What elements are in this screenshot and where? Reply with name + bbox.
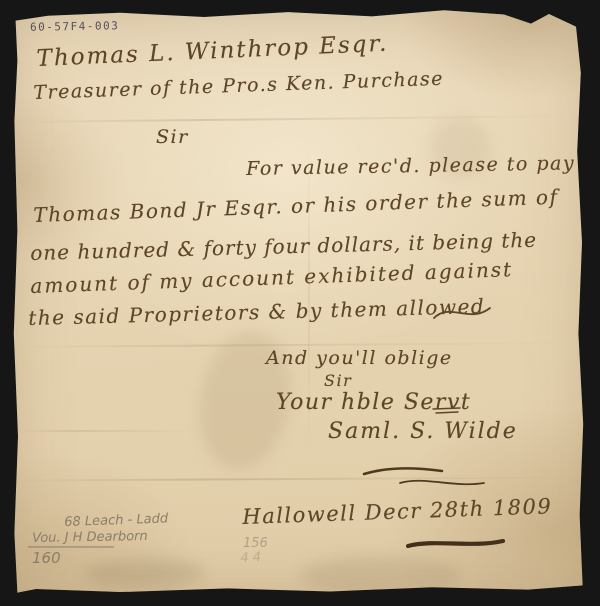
pencil-note-faint-44: 4 4 [240, 550, 261, 566]
paper-stain-bottom-center [300, 556, 460, 596]
photo-background: 60-57F4-003 Thomas L. Winthrop Esqr. Tre… [0, 0, 600, 606]
closing-line-3: Your hble Servt [276, 390, 471, 415]
recipient-title-line: Treasurer of the Pro.s Ken. Purchase [33, 68, 444, 104]
body-line-1: For value rec'd. please to pay [246, 152, 575, 180]
body-line-4: amount of my account exhibited against [30, 257, 513, 298]
pencil-note-voucher: Vou. J H Dearborn [32, 529, 148, 546]
pencil-note-names: 68 Leach - Ladd [64, 511, 168, 530]
closing-line-1: And you'll oblige [266, 347, 453, 369]
pencil-note-number: 160 [32, 549, 61, 567]
signature-flourish [362, 458, 487, 496]
body-line-5: the said Proprietors & by them allowed [28, 294, 485, 330]
recipient-name-line: Thomas L. Winthrop Esqr. [36, 31, 389, 72]
crease-left-short [18, 430, 198, 432]
pencil-note-faint-156: 156 [243, 536, 268, 551]
salutation: Sir [156, 126, 189, 148]
closing-line-2: Sir [324, 371, 352, 390]
pencil-rule-line [28, 546, 114, 548]
dateline: Hallowell Decr 28th 1809 [242, 494, 553, 529]
catalog-number: 60-57F4-003 [30, 19, 120, 34]
body-line-2: Thomas Bond Jr Esqr. or his order the su… [33, 185, 559, 227]
fold-crease-top [15, 115, 579, 123]
date-dash-flourish [406, 534, 506, 552]
paper-stain-bottom-left [85, 558, 205, 588]
signature: Saml. S. Wilde [328, 419, 518, 444]
fold-crease-lower [15, 477, 579, 482]
letter-paper: 60-57F4-003 Thomas L. Winthrop Esqr. Tre… [0, 0, 600, 606]
